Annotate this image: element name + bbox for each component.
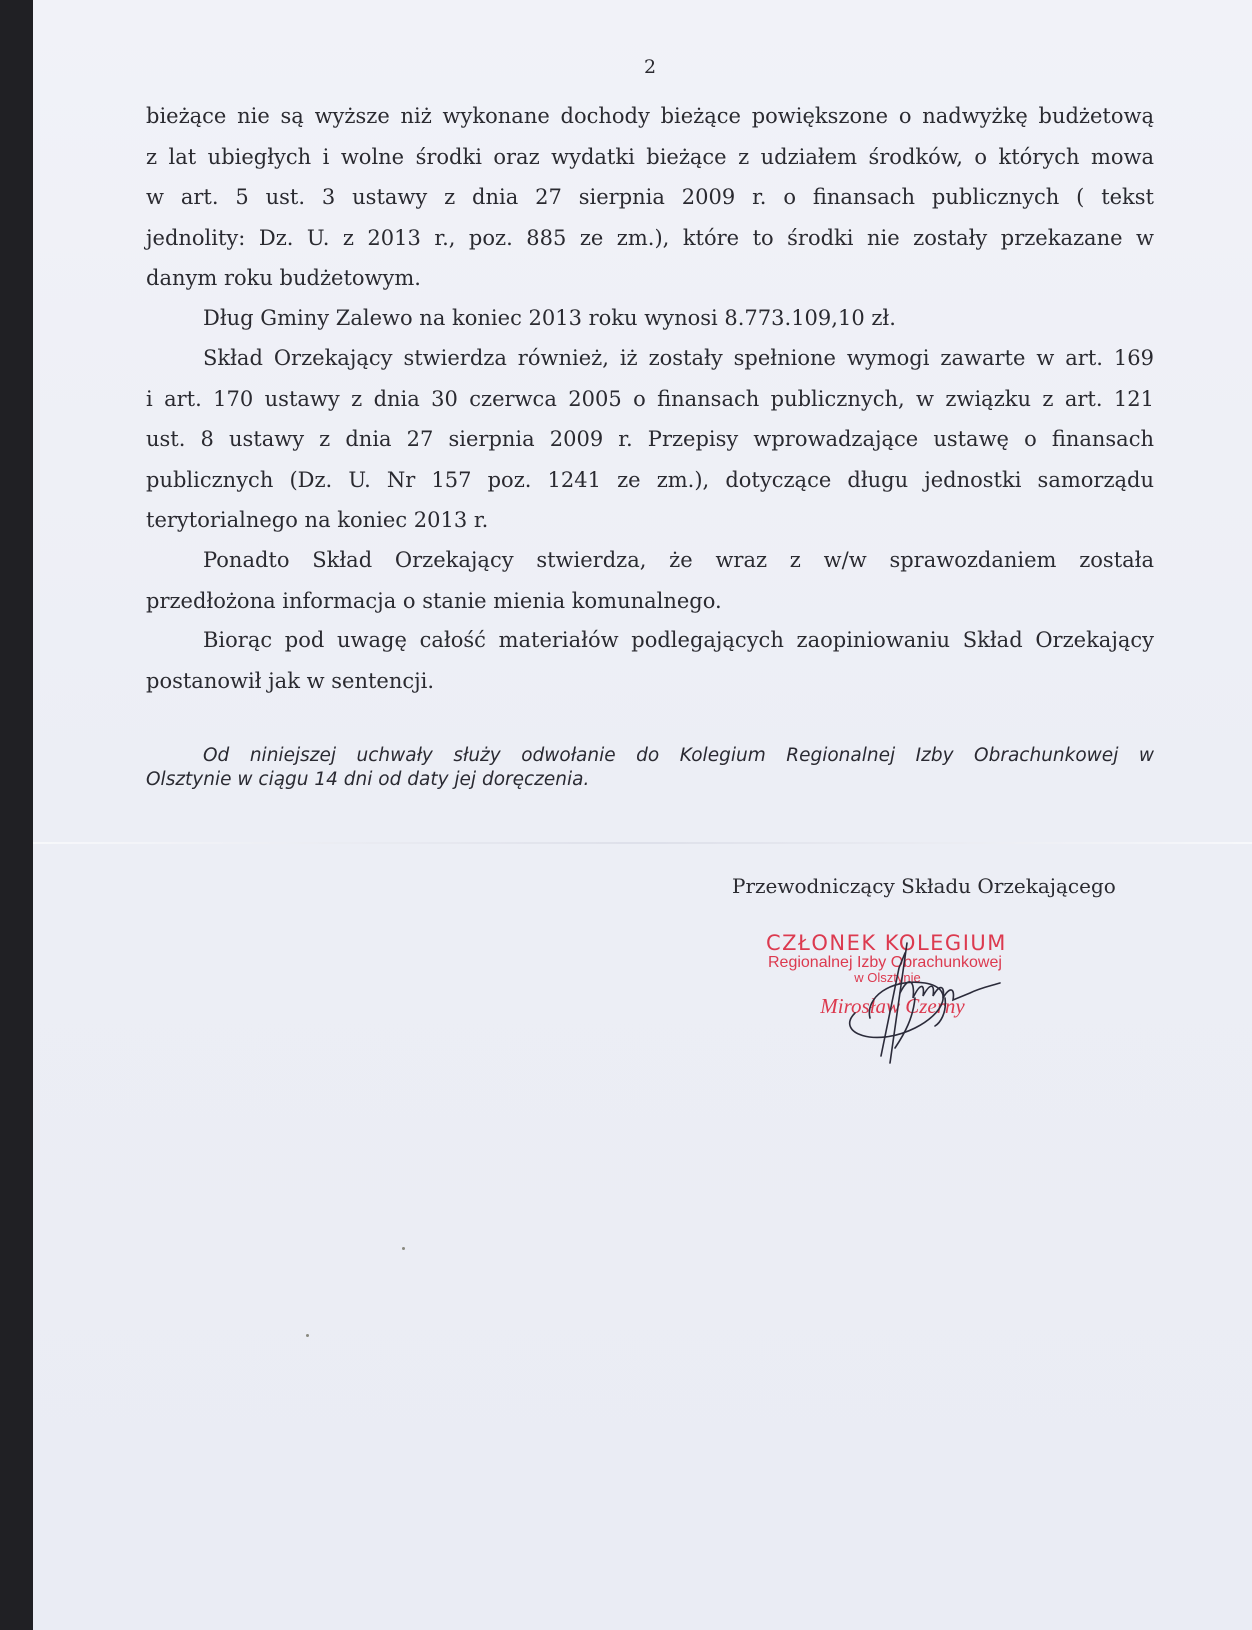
paper-speck xyxy=(402,1247,405,1250)
paragraph-revenue-expenditure: bieżące nie są wyższe niż wykonane docho… xyxy=(146,96,1154,299)
text-line: publicznych (Dz. U. Nr 157 poz. 1241 ze … xyxy=(146,460,1154,501)
text-line: i art. 170 ustawy z dnia 30 czerwca 2005… xyxy=(146,379,1154,420)
text-line: postanowił jak w sentencji. xyxy=(146,661,1154,702)
paper-speck xyxy=(306,1334,309,1337)
page-number: 2 xyxy=(0,56,1252,78)
paper-fold-line xyxy=(33,842,1252,844)
text-line: Od niniejszej uchwały służy odwołanie do… xyxy=(146,744,1154,768)
text-line: Dług Gminy Zalewo na koniec 2013 roku wy… xyxy=(146,298,1154,339)
text-line: terytorialnego na koniec 2013 r. xyxy=(146,500,1154,541)
paragraph-decision: Biorąc pod uwagę całość materiałów podle… xyxy=(146,620,1154,701)
text-line: z lat ubiegłych i wolne środki oraz wyda… xyxy=(146,137,1154,178)
text-line: Biorąc pod uwagę całość materiałów podle… xyxy=(146,620,1154,661)
text-line: przedłożona informacja o stanie mienia k… xyxy=(146,581,1154,622)
text-line: w art. 5 ust. 3 ustawy z dnia 27 sierpni… xyxy=(146,177,1154,218)
text-line: bieżące nie są wyższe niż wykonane docho… xyxy=(146,96,1154,137)
paragraph-debt-amount: Dług Gminy Zalewo na koniec 2013 roku wy… xyxy=(146,298,1154,339)
scan-dark-edge xyxy=(0,0,33,1630)
paragraph-municipal-property: Ponadto Skład Orzekający stwierdza, że w… xyxy=(146,540,1154,621)
signatory-title: Przewodniczący Składu Orzekającego xyxy=(732,874,1116,898)
text-line: ust. 8 ustawy z dnia 27 sierpnia 2009 r.… xyxy=(146,419,1154,460)
text-line: Ponadto Skład Orzekający stwierdza, że w… xyxy=(146,540,1154,581)
appeal-notice: Od niniejszej uchwały służy odwołanie do… xyxy=(146,744,1154,792)
text-line: danym roku budżetowym. xyxy=(146,258,1154,299)
text-line: Skład Orzekający stwierdza również, iż z… xyxy=(146,338,1154,379)
text-line: jednolity: Dz. U. z 2013 r., poz. 885 ze… xyxy=(146,218,1154,259)
handwritten-signature-icon xyxy=(795,938,1045,1068)
text-line: Olsztynie w ciągu 14 dni od daty jej dor… xyxy=(146,768,1154,792)
paragraph-requirements-met: Skład Orzekający stwierdza również, iż z… xyxy=(146,338,1154,541)
